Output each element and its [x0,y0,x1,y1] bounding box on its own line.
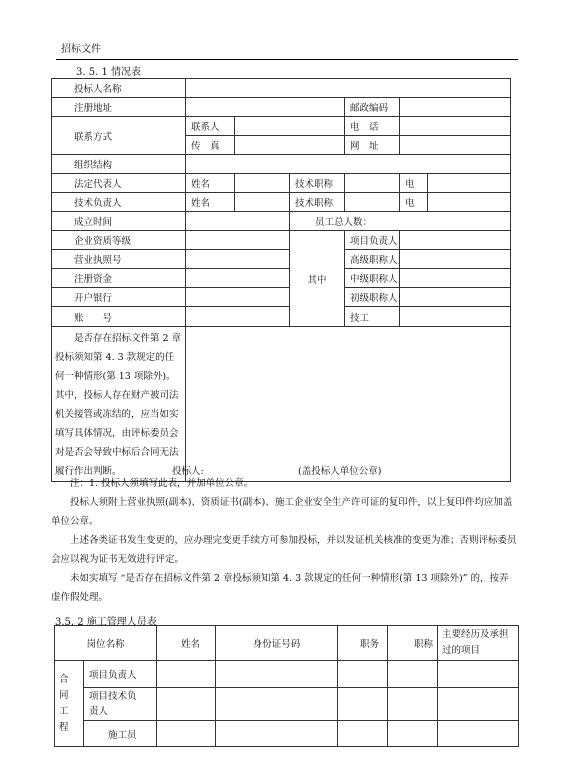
note-1: 注：1. 投标人须填写此表，并加单位公章。 [51,474,517,493]
row-label-pm: 项目负责人 [84,661,157,688]
field-senior-count[interactable] [400,250,511,269]
field-constructor-id[interactable] [216,721,338,747]
label-tech-title: 技术职称 [290,193,345,212]
header-duty: 职务 [338,626,388,661]
label-fax: 传 真 [186,136,235,155]
label-pm: 项目负责人 [345,231,400,250]
header-id-number: 身份证号码 [216,626,338,661]
header-name: 姓名 [157,626,216,661]
header-experience: 主要经历及承担过的项目 [438,626,519,661]
label-account: 账 号 [52,307,186,327]
field-constructor-title[interactable] [388,721,438,747]
info-table: 投标人名称 注册地址邮政编码 联系方式联系人电 话 传 真网 址 组织结构 法定… [51,78,511,482]
field-legal-rep-title[interactable] [345,174,400,193]
note-2: 投标人须附上营业执照(副本)、资质证书(副本)、施工企业安全生产许可证的复印件，… [51,493,517,531]
field-constructor-name[interactable] [157,721,216,747]
label-reg-address: 注册地址 [52,98,186,117]
field-technician-count[interactable] [400,307,511,327]
field-pm-title[interactable] [388,661,438,688]
field-question-answer[interactable] [186,327,511,482]
note-4: 未如实填写 “是否存在招标文件第 2 章投标须知第 4. 3 款规定的任何一种情… [51,569,517,607]
header-rule [56,59,518,60]
label-founded: 成立时间 [52,212,186,231]
field-legal-rep-tel[interactable] [428,174,511,193]
label-junior: 初级职称人员 [345,288,400,307]
label-reg-capital: 注册资金 [52,269,186,288]
note-3: 上述各类证书发生变更的，应办理完变更手续方可参加投标，并以发证机关核准的变更为准… [51,531,517,569]
field-pm-duty[interactable] [338,661,388,688]
label-tech-head: 技术负责人 [52,193,186,212]
label-tel: 电 [400,174,428,193]
label-license-no: 营业执照号 [52,250,186,269]
field-reg-capital[interactable] [186,269,290,288]
field-qualification[interactable] [186,231,290,250]
label-tech-title: 技术职称 [290,174,345,193]
field-postcode[interactable] [400,98,511,117]
field-pm-id[interactable] [216,661,338,688]
label-org-structure: 组织结构 [52,155,186,174]
field-tech-name[interactable] [157,688,216,721]
label-legal-rep: 法定代表人 [52,174,186,193]
label-qualification: 企业资质等级 [52,231,186,250]
field-bidder-name[interactable] [186,79,511,98]
label-name: 姓名 [186,193,235,212]
header-title: 职称 [388,626,438,661]
label-phone: 电 话 [345,117,400,136]
group-label-contract-works: 合同工程 [55,661,84,747]
field-bank[interactable] [186,288,290,307]
field-founded[interactable] [186,212,290,231]
label-postcode: 邮政编码 [345,98,400,117]
field-phone[interactable] [400,117,511,136]
field-tech-head-title[interactable] [345,193,400,212]
field-pm-experience[interactable] [438,661,519,688]
field-junior-count[interactable] [400,288,511,307]
page-header: 招标文件 [61,40,101,55]
field-constructor-duty[interactable] [338,721,388,747]
field-tech-experience[interactable] [438,688,519,721]
field-middle-count[interactable] [400,269,511,288]
label-staff-total: 员工总人数： [290,212,511,231]
field-tech-head-name[interactable] [235,193,290,212]
field-license-no[interactable] [186,250,290,269]
row-label-constructor: 施工员 [84,721,157,747]
header-position: 岗位名称 [55,626,157,661]
label-middle: 中级职称人员 [345,269,400,288]
row-label-tech-head: 项目技术负责人 [84,688,157,721]
field-pm-count[interactable] [400,231,511,250]
label-technician: 技工 [345,307,400,327]
field-pm-name[interactable] [157,661,216,688]
field-website[interactable] [400,136,511,155]
field-fax[interactable] [235,136,345,155]
label-bank: 开户银行 [52,288,186,307]
label-contact: 联系方式 [52,117,186,155]
label-question: 是否存在招标文件第 2 章投标须知第 4. 3 款规定的任何一种情形(第 13 … [52,327,186,482]
staff-table: 岗位名称 姓名 身份证号码 职务 职称 主要经历及承担过的项目 合同工程 项目负… [54,625,519,747]
field-org-structure[interactable] [186,155,511,174]
field-tech-id[interactable] [216,688,338,721]
field-contact-person[interactable] [235,117,345,136]
field-tech-title[interactable] [388,688,438,721]
field-account[interactable] [186,307,290,327]
label-tel: 电 [400,193,428,212]
section-title-1: 3. 5. 1 情况表 [76,63,141,78]
field-tech-duty[interactable] [338,688,388,721]
field-constructor-experience[interactable] [438,721,519,747]
label-website: 网 址 [345,136,400,155]
field-reg-address[interactable] [186,98,345,117]
label-contact-person: 联系人 [186,117,235,136]
label-among: 其中 [290,231,345,327]
label-bidder-name: 投标人名称 [52,79,186,98]
field-legal-rep-name[interactable] [235,174,290,193]
label-name: 姓名 [186,174,235,193]
field-tech-head-tel[interactable] [428,193,511,212]
label-senior: 高级职称人员 [345,250,400,269]
